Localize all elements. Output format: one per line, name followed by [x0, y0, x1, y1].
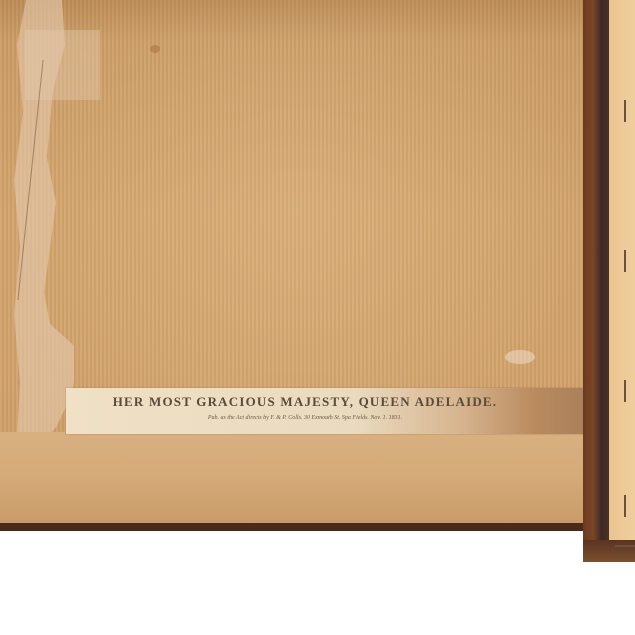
frame-nail — [615, 545, 635, 547]
frame-nail — [624, 495, 626, 517]
frame-nail — [624, 100, 626, 122]
print-title-label: HER MOST GRACIOUS MAJESTY, QUEEN ADELAID… — [66, 388, 588, 434]
stain-spot — [150, 45, 160, 53]
frame-nail — [624, 250, 626, 272]
label-title: HER MOST GRACIOUS MAJESTY, QUEEN ADELAID… — [66, 394, 544, 410]
frame-wood-edge — [583, 0, 609, 560]
frame-nail — [624, 380, 626, 402]
board-bottom-edge — [0, 523, 592, 531]
frame-corner — [583, 540, 635, 562]
scuff-mark — [505, 350, 535, 364]
label-publisher-line: Pub. as the Act directs by F. & P. Colls… — [66, 415, 544, 421]
lower-board-band — [0, 432, 592, 524]
frame-side-face — [609, 0, 635, 545]
photo-scene: HER MOST GRACIOUS MAJESTY, QUEEN ADELAID… — [0, 0, 635, 635]
